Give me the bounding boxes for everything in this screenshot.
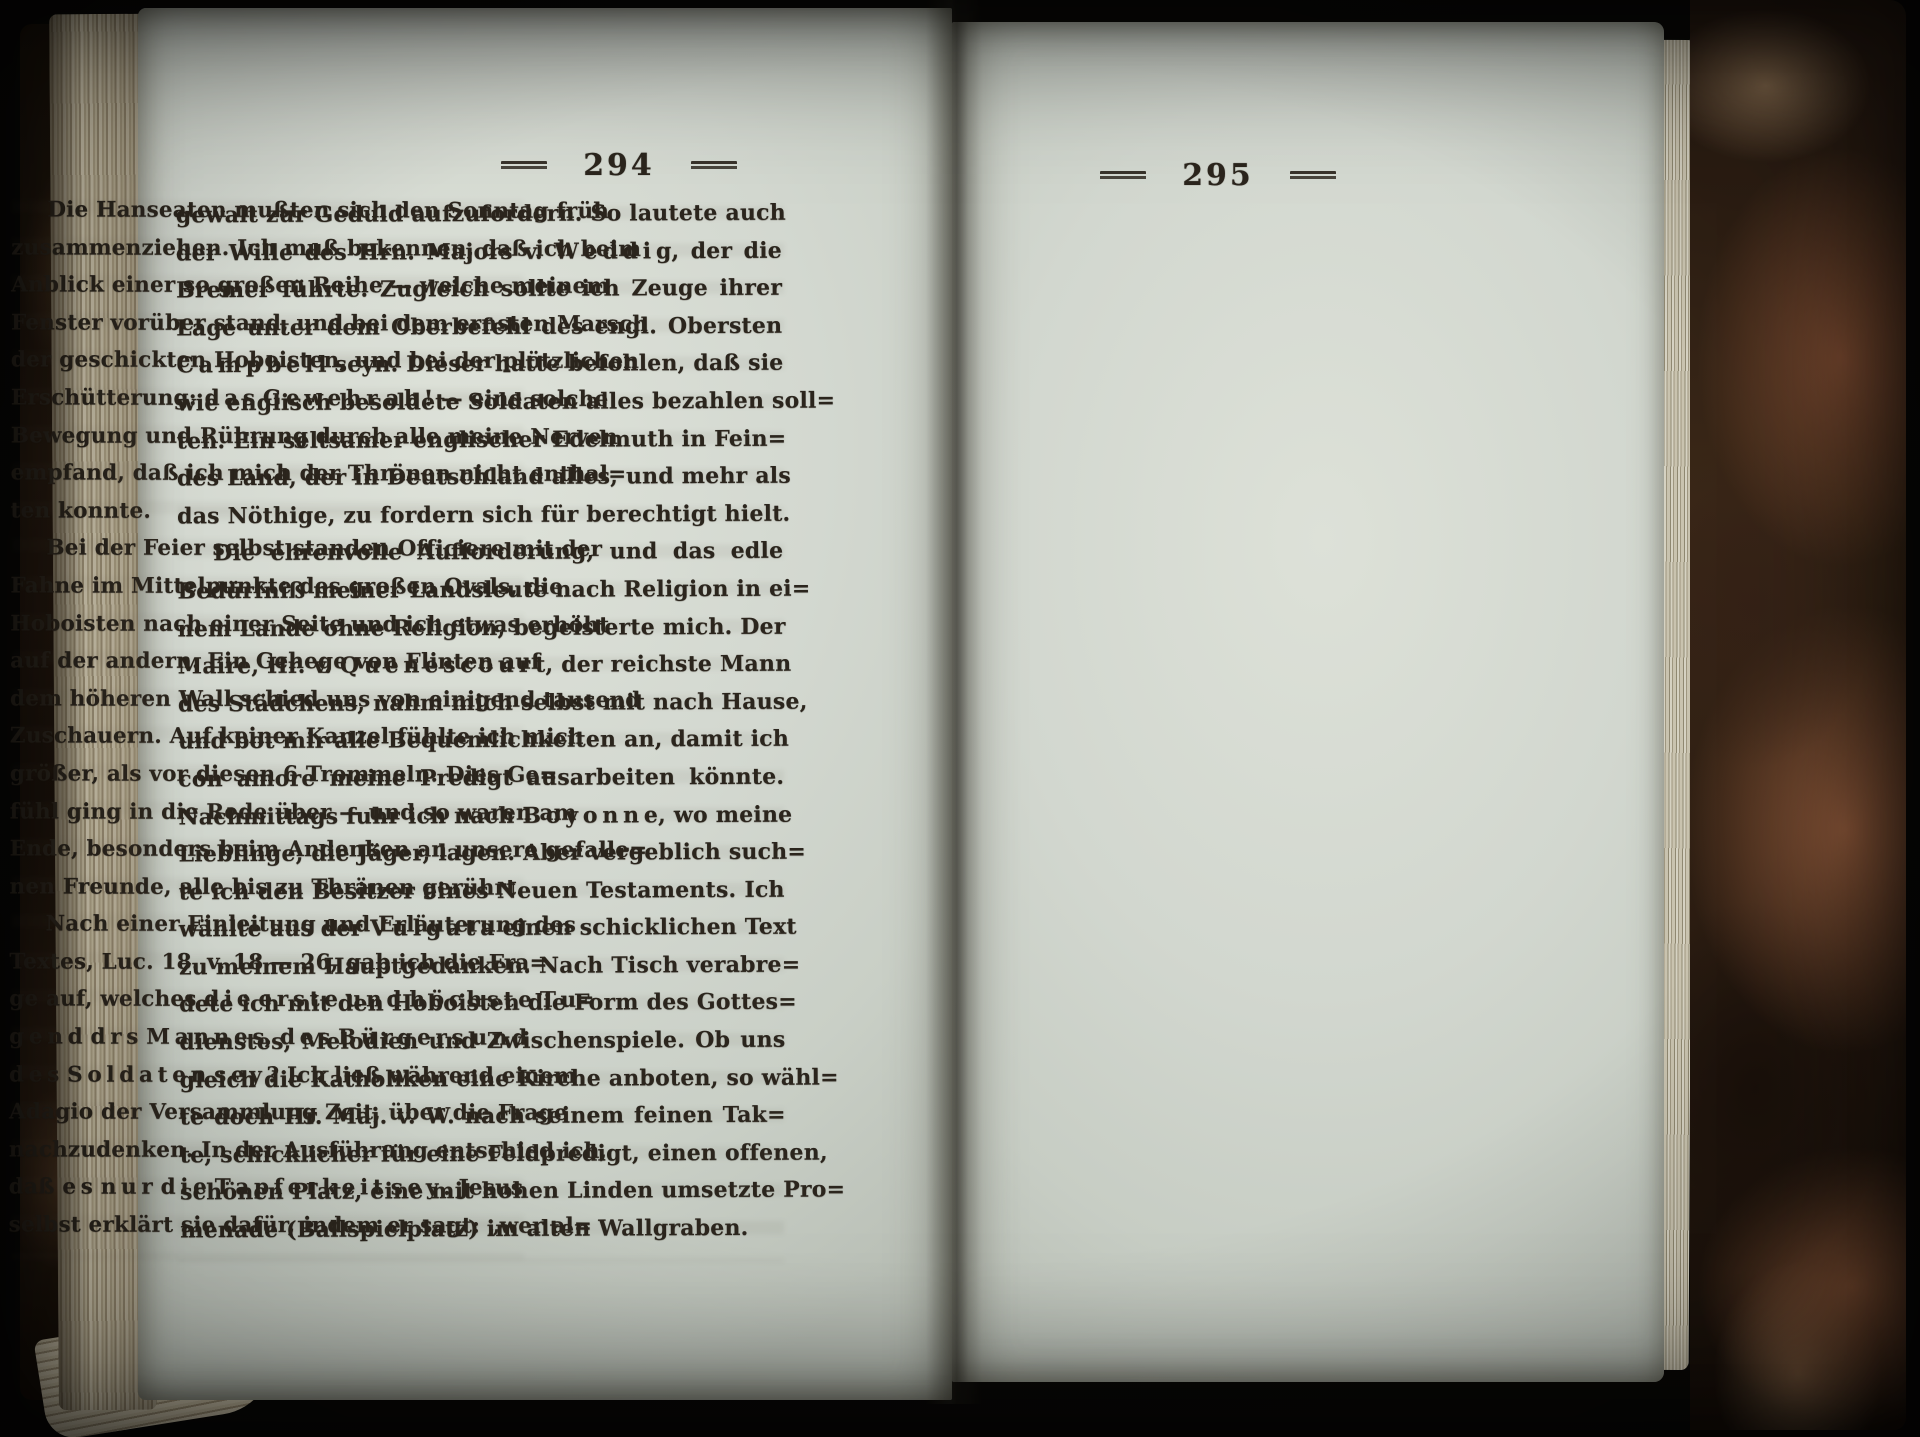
right-page-header: 295	[962, 158, 1474, 193]
right-page-text: Die Hanseaten mußten sich den Sonntag fr…	[9, 191, 526, 1245]
text-line: auf der andern. Ein Gehege von Flinten a…	[10, 642, 524, 681]
right-page: 295	[952, 22, 1664, 1382]
text-line: Hoboisten nach einer Seite und ich etwas…	[10, 605, 524, 644]
text-line: fühl ging in die Rede über — und so ware…	[10, 793, 524, 832]
text-line: Adagio der Versammlung Zeit, über die Fr…	[9, 1094, 523, 1133]
right-cover-marbled	[1690, 0, 1906, 1430]
text-line: Die Hanseaten mußten sich den Sonntag fr…	[11, 191, 525, 230]
book-photo: 294 295 gewalt zur Geduld aufzufordern. …	[0, 0, 1920, 1437]
text-line: Bei der Feier selbst standen Officiere m…	[10, 530, 524, 569]
text-line: Ende, besonders beim Andenken an unsere …	[10, 830, 524, 869]
text-line: empfand, daß ich mich der Thränen nicht …	[11, 454, 525, 493]
text-line: größer, als vor diesen 6 Trommeln. Dies …	[10, 755, 524, 794]
text-line: zusammenziehen. Ich muß bekennen, daß ic…	[11, 229, 525, 268]
left-page-number: 294	[583, 148, 655, 183]
text-line: nen Freunde, alle bis zu Thränen gerührt…	[10, 868, 524, 907]
text-line: Zuschauern. Auf keiner Kanzel fühlte ich…	[10, 718, 524, 757]
book-gutter	[926, 0, 982, 1404]
text-line: Fahne im Mittelpunkte des großen Ovals, …	[10, 567, 524, 606]
header-dash-icon	[691, 161, 737, 170]
text-line: Nach einer Einleitung und Erläuterung de…	[9, 906, 523, 945]
text-line: daß e s n u r d i e T a p f e r k e i t …	[9, 1169, 523, 1208]
text-line: Textes, Luc. 18. v. 18 — 26, gab ich die…	[9, 943, 523, 982]
text-line: selbst erklärt sie dafür, indem er sagt:…	[9, 1206, 523, 1245]
text-line: der geschickten Hoboisten, und bei der p…	[11, 342, 525, 381]
text-line: dem höheren Wall schied uns von einigend…	[10, 680, 524, 719]
text-line: d e s S o l d a t e n s e y ? Ich ließ w…	[9, 1056, 523, 1095]
text-line: g e n d d r s M a n n e s, d e s B ü r g…	[9, 1018, 523, 1057]
left-page-header: 294	[316, 148, 922, 183]
text-line: Erschütterung: d a s G e w e h r a b ! —…	[11, 379, 525, 418]
text-line: nachzudenken. In der Ausführung entschie…	[9, 1131, 523, 1170]
header-dash-icon	[501, 161, 547, 170]
text-line: Bewegung und Rührung durch alle meine Ne…	[11, 417, 525, 456]
text-line: Anblick einer so großen Reihe — welche m…	[11, 267, 525, 306]
header-dash-icon	[1290, 171, 1336, 180]
text-line: ge auf, welches d i e e r s t e u n d h …	[9, 981, 523, 1020]
header-dash-icon	[1100, 171, 1146, 180]
text-line: ten konnte.	[10, 492, 524, 531]
text-line: Fenster vorüber stand, und bei dem ernst…	[11, 304, 525, 343]
right-page-number: 295	[1182, 158, 1254, 193]
